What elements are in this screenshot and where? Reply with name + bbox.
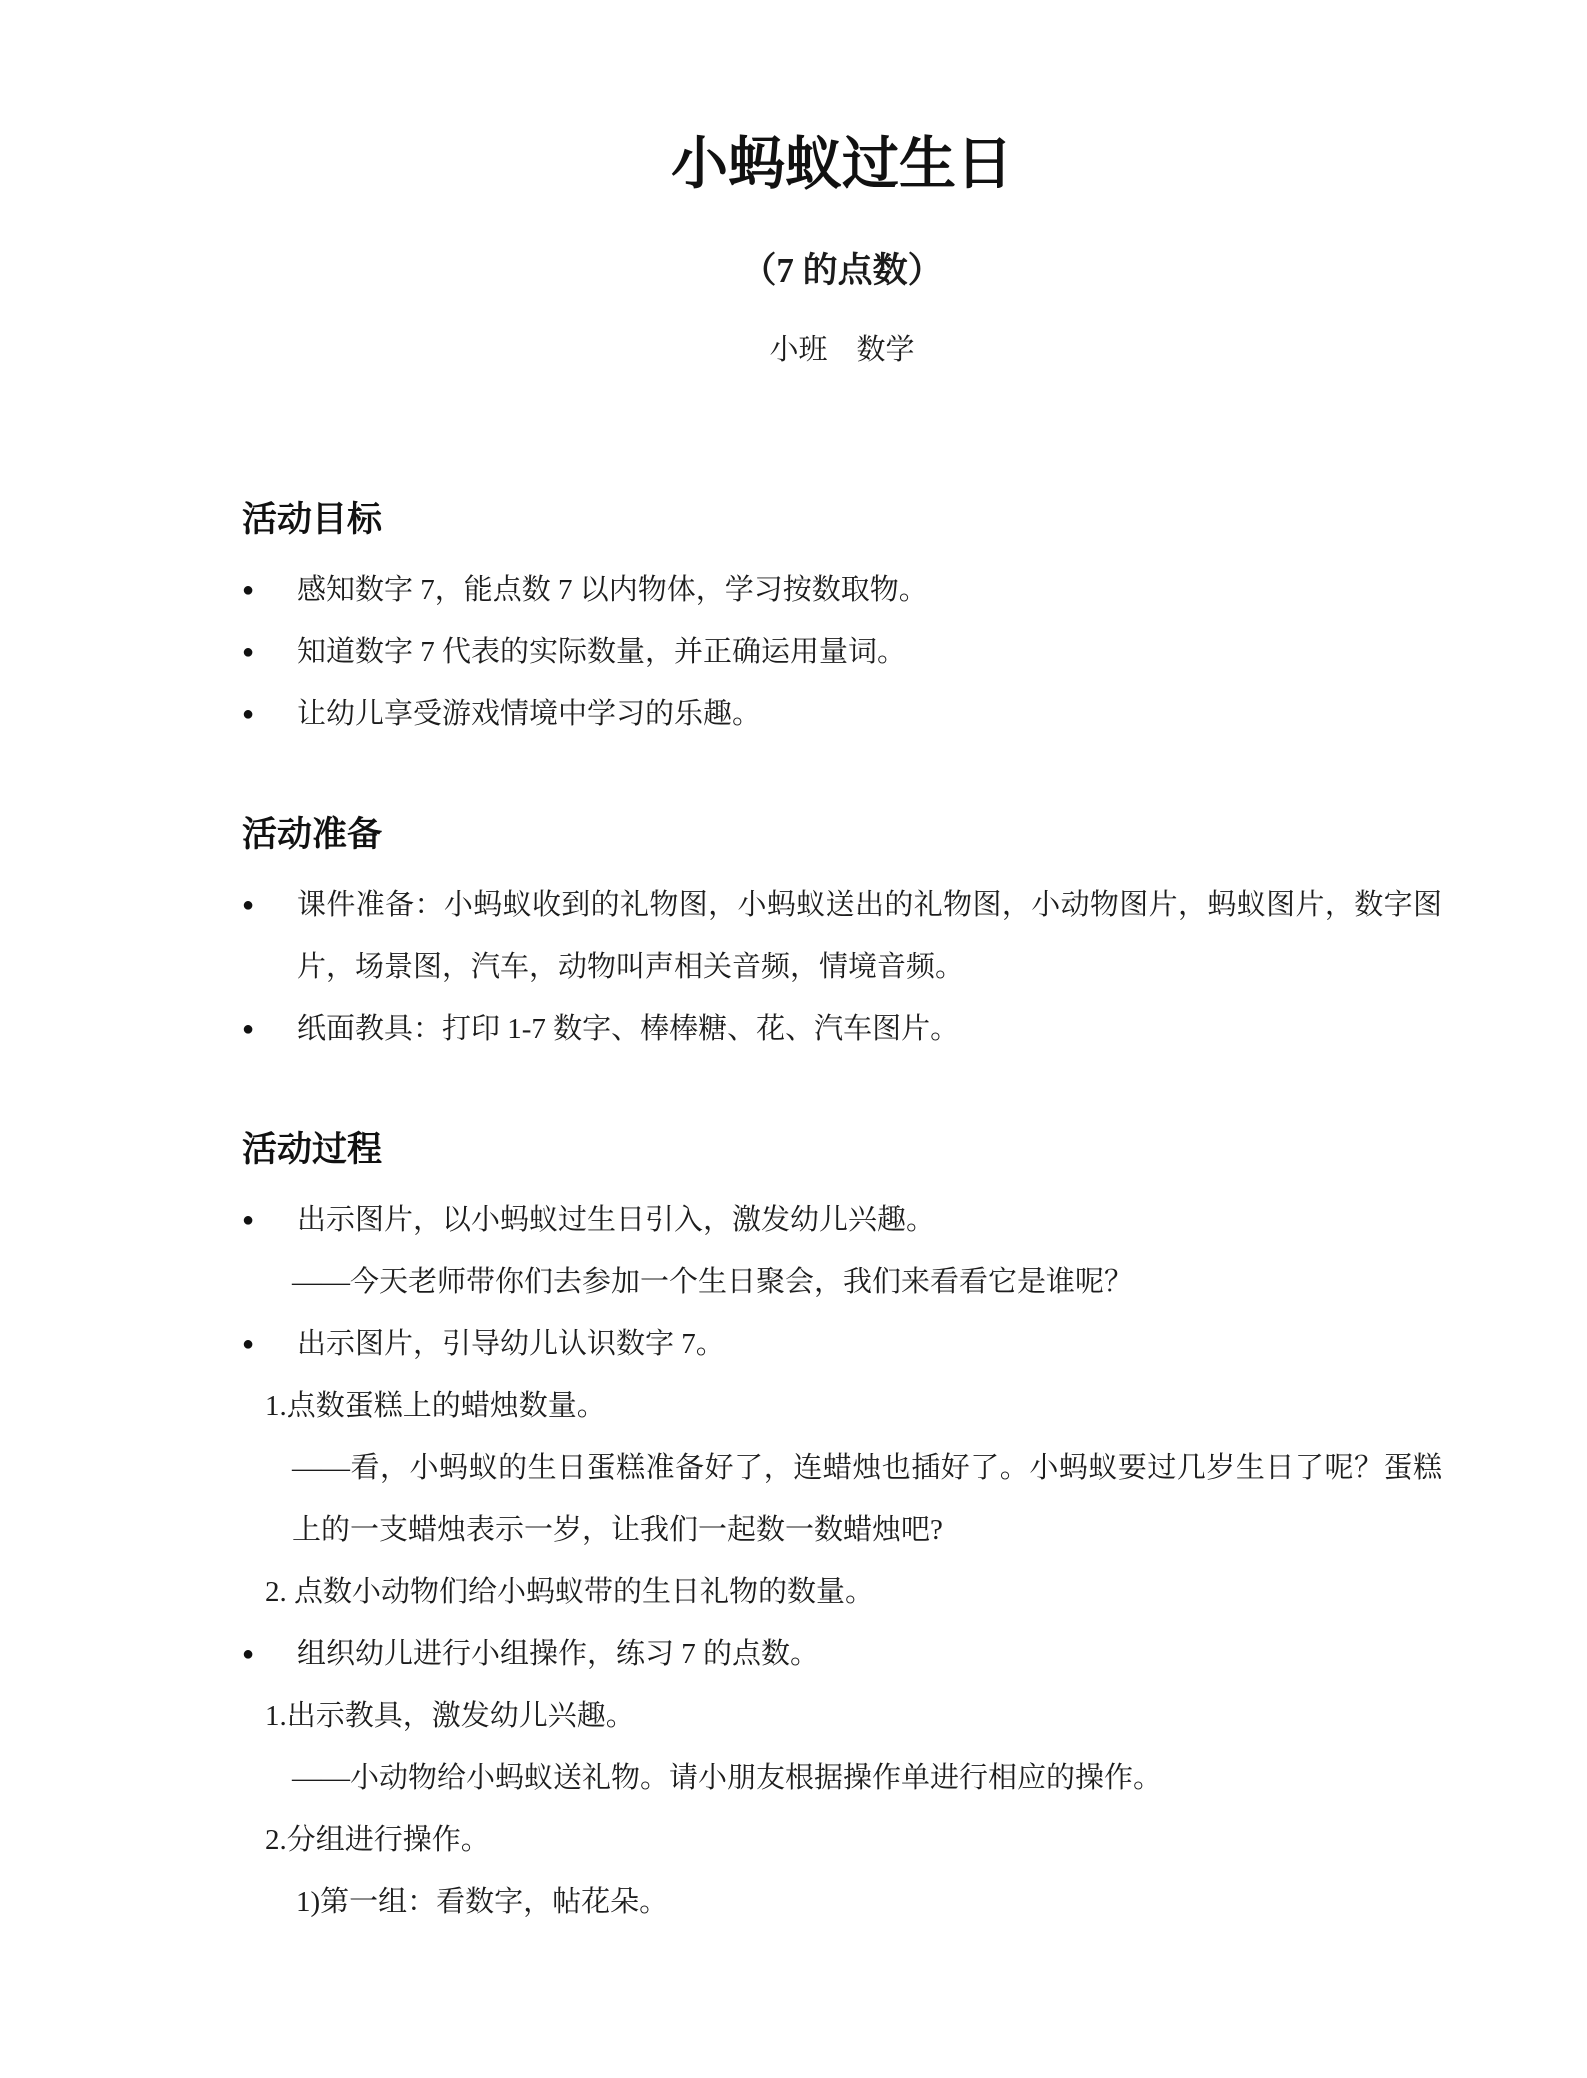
section-heading-goals: 活动目标 xyxy=(242,497,1442,543)
numbered-item: 2. 点数小动物们给小蚂蚁带的生日礼物的数量。 xyxy=(242,1561,1442,1623)
numbered-item: 1.出示教具，激发幼儿兴趣。 xyxy=(242,1685,1442,1747)
bullet-icon: ● xyxy=(242,559,297,621)
bullet-icon: ● xyxy=(242,874,297,998)
section-body-process: ● 出示图片，以小蚂蚁过生日引入，激发幼儿兴趣。 ——今天老师带你们去参加一个生… xyxy=(242,1189,1442,1933)
document-title: 小蚂蚁过生日 xyxy=(242,0,1442,198)
document-subtitle: （7 的点数） xyxy=(242,248,1442,294)
bullet-icon: ● xyxy=(242,1313,297,1375)
bullet-text: 课件准备：小蚂蚁收到的礼物图，小蚂蚁送出的礼物图，小动物图片，蚂蚁图片，数字图片… xyxy=(297,874,1442,998)
class-subject-line: 小班 数学 xyxy=(242,330,1442,370)
bullet-item: ● 出示图片，以小蚂蚁过生日引入，激发幼儿兴趣。 xyxy=(242,1189,1442,1251)
numbered-item: 2.分组进行操作。 xyxy=(242,1809,1442,1871)
section-heading-process: 活动过程 xyxy=(242,1127,1442,1173)
bullet-text: 出示图片，引导幼儿认识数字 7。 xyxy=(297,1313,1442,1375)
bullet-item: ● 感知数字 7，能点数 7 以内物体，学习按数取物。 xyxy=(242,559,1442,621)
bullet-icon: ● xyxy=(242,998,297,1060)
bullet-text: 组织幼儿进行小组操作，练习 7 的点数。 xyxy=(297,1623,1442,1685)
bullet-item: ● 课件准备：小蚂蚁收到的礼物图，小蚂蚁送出的礼物图，小动物图片，蚂蚁图片，数字… xyxy=(242,874,1442,998)
bullet-icon: ● xyxy=(242,1189,297,1251)
dash-paragraph: ——小动物给小蚂蚁送礼物。请小朋友根据操作单进行相应的操作。 xyxy=(242,1747,1442,1809)
document-content: 小蚂蚁过生日 （7 的点数） 小班 数学 活动目标 ● 感知数字 7，能点数 7… xyxy=(0,0,1587,1933)
section-activity-process: 活动过程 ● 出示图片，以小蚂蚁过生日引入，激发幼儿兴趣。 ——今天老师带你们去… xyxy=(242,1127,1442,1933)
document-page: 小蚂蚁过生日 （7 的点数） 小班 数学 活动目标 ● 感知数字 7，能点数 7… xyxy=(0,0,1587,2078)
bullet-item: ● 组织幼儿进行小组操作，练习 7 的点数。 xyxy=(242,1623,1442,1685)
sub-numbered-item: 1)第一组：看数字，帖花朵。 xyxy=(242,1871,1442,1933)
bullet-item: ● 知道数字 7 代表的实际数量，并正确运用量词。 xyxy=(242,621,1442,683)
dash-paragraph: ——今天老师带你们去参加一个生日聚会，我们来看看它是谁呢？ xyxy=(242,1251,1442,1313)
section-body-preparation: ● 课件准备：小蚂蚁收到的礼物图，小蚂蚁送出的礼物图，小动物图片，蚂蚁图片，数字… xyxy=(242,874,1442,1060)
bullet-text: 让幼儿享受游戏情境中学习的乐趣。 xyxy=(297,683,1442,745)
bullet-text: 知道数字 7 代表的实际数量，并正确运用量词。 xyxy=(297,621,1442,683)
bullet-text: 纸面教具：打印 1-7 数字、棒棒糖、花、汽车图片。 xyxy=(297,998,1442,1060)
bullet-text: 感知数字 7，能点数 7 以内物体，学习按数取物。 xyxy=(297,559,1442,621)
section-heading-preparation: 活动准备 xyxy=(242,812,1442,858)
bullet-icon: ● xyxy=(242,683,297,745)
dash-paragraph: ——看，小蚂蚁的生日蛋糕准备好了，连蜡烛也插好了。小蚂蚁要过几岁生日了呢？蛋糕上… xyxy=(242,1437,1442,1561)
numbered-item: 1.点数蛋糕上的蜡烛数量。 xyxy=(242,1375,1442,1437)
section-activity-goals: 活动目标 ● 感知数字 7，能点数 7 以内物体，学习按数取物。 ● 知道数字 … xyxy=(242,497,1442,745)
bullet-icon: ● xyxy=(242,1623,297,1685)
bullet-item: ● 让幼儿享受游戏情境中学习的乐趣。 xyxy=(242,683,1442,745)
section-body-goals: ● 感知数字 7，能点数 7 以内物体，学习按数取物。 ● 知道数字 7 代表的… xyxy=(242,559,1442,745)
bullet-item: ● 纸面教具：打印 1-7 数字、棒棒糖、花、汽车图片。 xyxy=(242,998,1442,1060)
bullet-text: 出示图片，以小蚂蚁过生日引入，激发幼儿兴趣。 xyxy=(297,1189,1442,1251)
bullet-item: ● 出示图片，引导幼儿认识数字 7。 xyxy=(242,1313,1442,1375)
bullet-icon: ● xyxy=(242,621,297,683)
section-activity-preparation: 活动准备 ● 课件准备：小蚂蚁收到的礼物图，小蚂蚁送出的礼物图，小动物图片，蚂蚁… xyxy=(242,812,1442,1060)
